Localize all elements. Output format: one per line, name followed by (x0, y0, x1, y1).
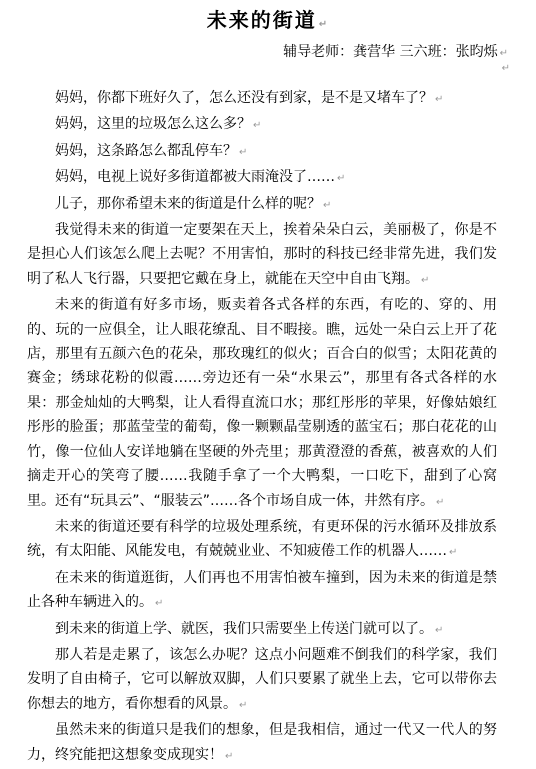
paragraph-mark-icon: ↵ (239, 147, 247, 158)
paragraph-mark-icon: ↵ (436, 497, 444, 508)
paragraph: 到未来的街道上学、就医，我们只需要坐上传送门就可以了。↵ (27, 617, 497, 643)
paragraph: 儿子，那你希望未来的街道是什么样的呢？↵ (27, 192, 497, 218)
paragraph: 妈妈，你都下班好久了，怎么还没有到家，是不是又堵车了？↵ (27, 86, 497, 112)
paragraph-mark-icon: ↵ (319, 19, 329, 30)
paragraph-mark-icon: ↵ (155, 598, 163, 609)
paragraph: 未来的街道有好多市场，贩卖着各式各样的东西，有吃的、穿的、用的、玩的一应俱全，让… (27, 293, 497, 515)
author-byline: 辅导老师：龚营华 三六班：张昀烁↵ (283, 42, 508, 64)
paragraph: 妈妈，电视上说好多街道都被大雨淹没了……↵ (27, 165, 497, 191)
title-text: 未来的街道 (207, 8, 317, 32)
document-body: 妈妈，你都下班好久了，怎么还没有到家，是不是又堵车了？↵ 妈妈，这里的垃圾怎么这… (27, 86, 497, 769)
paragraph-mark-icon: ↵ (435, 625, 443, 636)
paragraph-mark-icon: ↵ (253, 120, 261, 131)
document-title: 未来的街道↵ (0, 7, 536, 38)
byline-text: 辅导老师：龚营华 三六班：张昀烁 (283, 44, 497, 60)
paragraph: 虽然未来的街道只是我们的想象，但是我相信，通过一代又一代人的努力，终究能把这想象… (27, 718, 497, 769)
document-page: 未来的街道↵ 辅导老师：龚营华 三六班：张昀烁↵ ↵ 妈妈，你都下班好久了，怎么… (0, 0, 536, 769)
paragraph: 在未来的街道逛街，人们再也不用害怕被车撞到，因为未来的街道是禁止各种车辆进入的。… (27, 566, 497, 617)
paragraph-mark-icon: ↵ (449, 547, 457, 558)
paragraph-mark-icon: ↵ (225, 751, 233, 762)
paragraph: 妈妈，这里的垃圾怎么这么多？↵ (27, 112, 497, 138)
paragraph-mark-icon: ↵ (239, 700, 247, 711)
paragraph-mark-icon: ↵ (323, 200, 331, 211)
paragraph-mark-icon: ↵ (337, 173, 345, 184)
paragraph-mark-icon: ↵ (500, 48, 508, 59)
paragraph-mark-icon: ↵ (421, 275, 429, 286)
paragraph-mark-icon: ↵ (502, 63, 510, 74)
paragraph: 我觉得未来的街道一定要架在天上，挨着朵朵白云，美丽极了，你是不是担心人们该怎么爬… (27, 218, 497, 293)
paragraph: 那人若是走累了，该怎么办呢？这点小问题难不倒我们的科学家，我们发明了自由椅子，它… (27, 643, 497, 718)
paragraph: 未来的街道还要有科学的垃圾处理系统，有更环保的污水循环及排放系统，有太阳能、风能… (27, 515, 497, 566)
paragraph-mark-icon: ↵ (435, 94, 443, 105)
paragraph: 妈妈，这条路怎么都乱停车？↵ (27, 139, 497, 165)
